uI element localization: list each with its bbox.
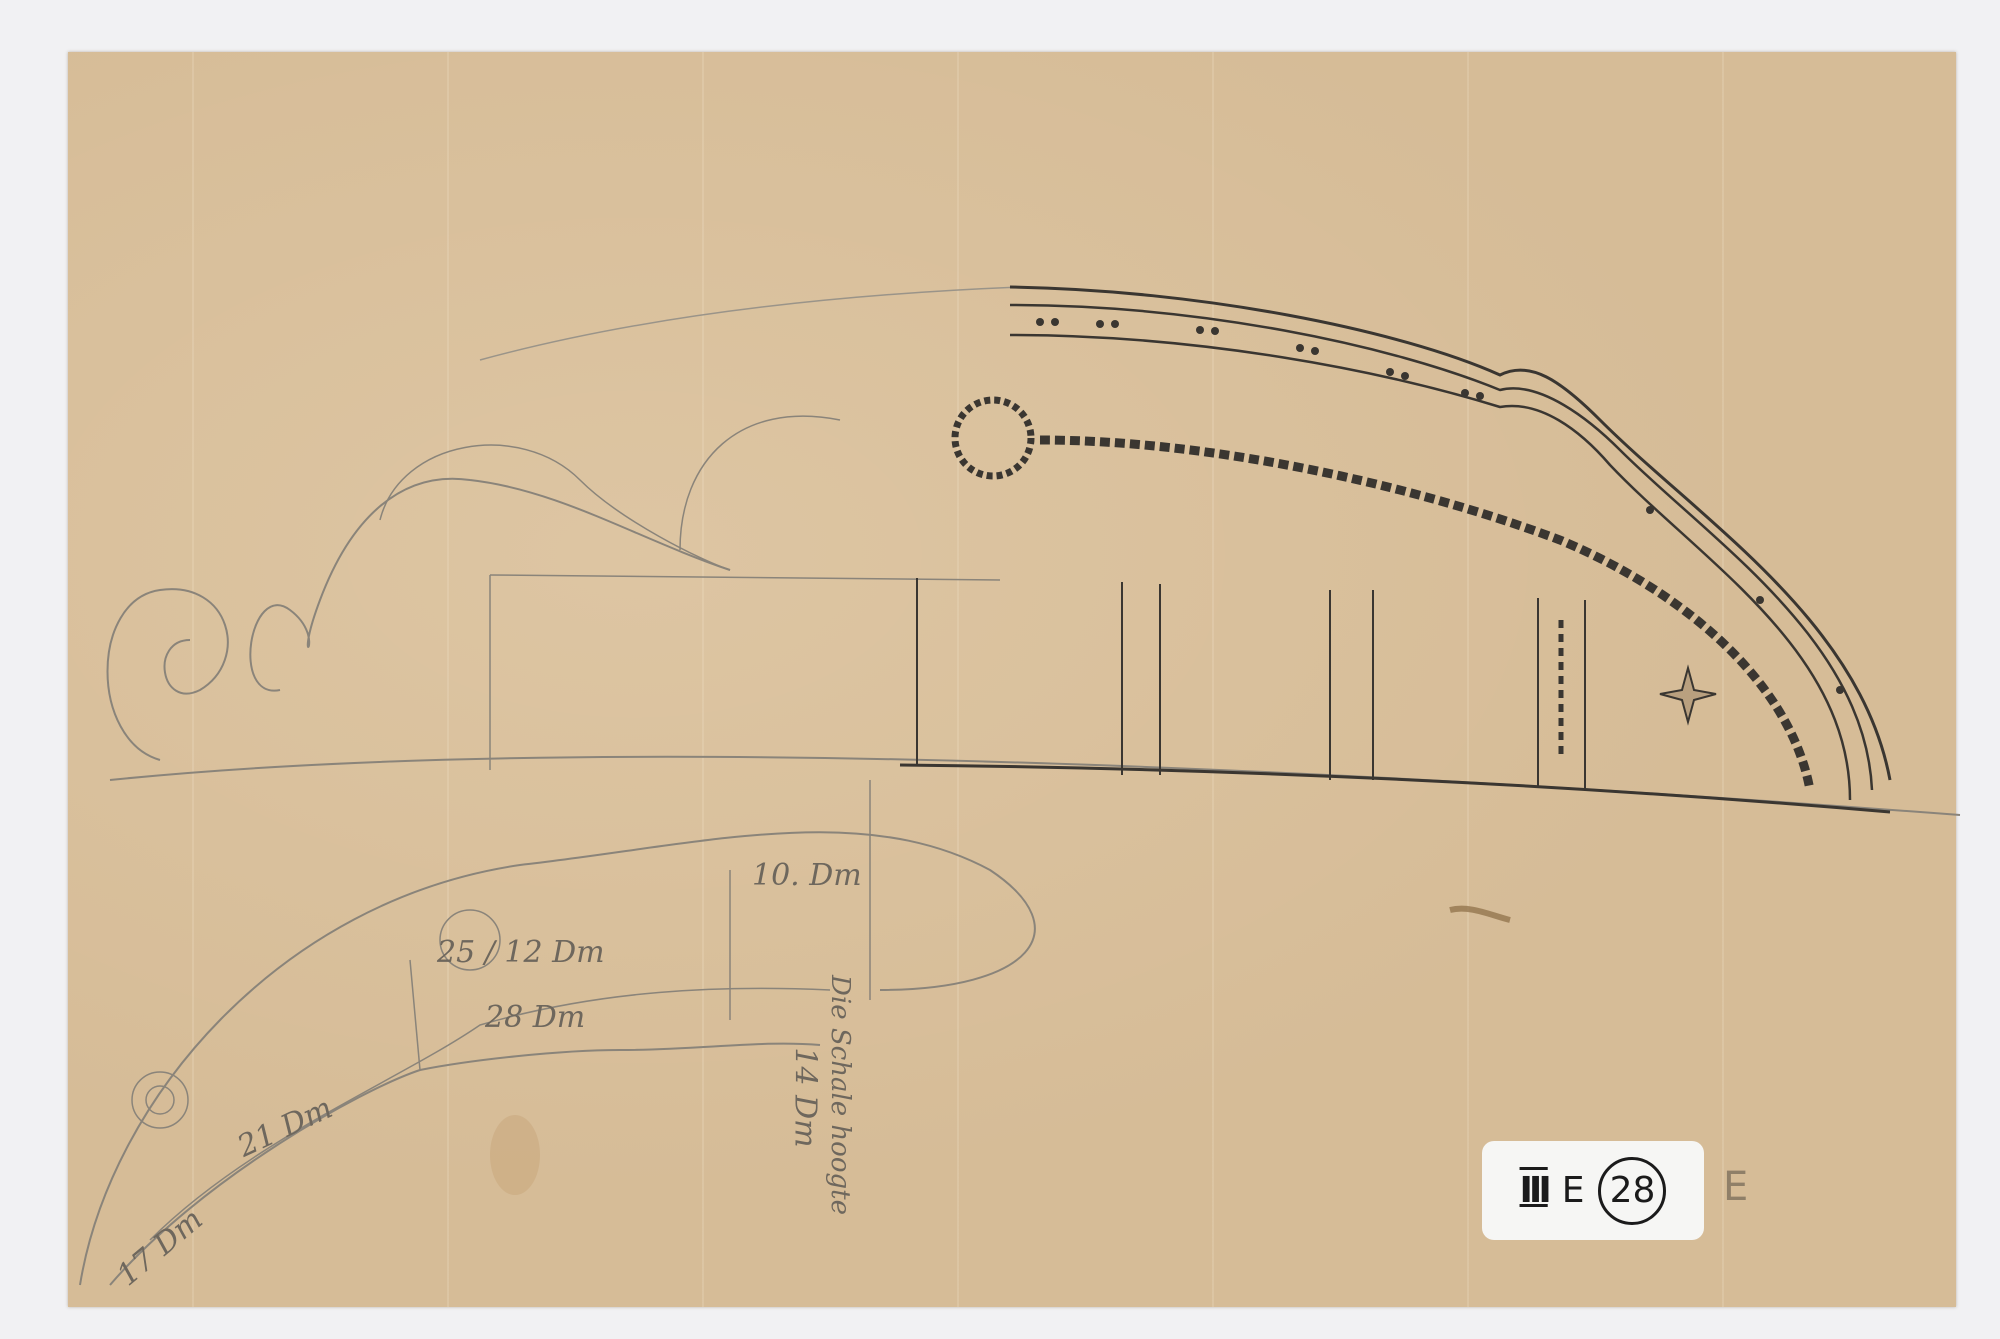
dim-annotation: 25 / 12 Dm xyxy=(437,935,605,970)
catalog-number-circle: 28 xyxy=(1598,1157,1666,1225)
catalog-letter: E xyxy=(1562,1170,1585,1211)
catalog-roman: III xyxy=(1520,1170,1548,1211)
catalog-number: 28 xyxy=(1610,1170,1656,1211)
dim-annotation: 28 Dm xyxy=(485,1000,585,1035)
catalog-label: III E 28 xyxy=(1482,1141,1704,1240)
vertical-note: Die Schale hoogte xyxy=(825,975,855,1215)
dim-annotation: 10. Dm xyxy=(752,858,862,893)
ghost-letter: E xyxy=(1723,1164,1748,1210)
dim-annotation: 14 Dm xyxy=(788,1047,823,1147)
